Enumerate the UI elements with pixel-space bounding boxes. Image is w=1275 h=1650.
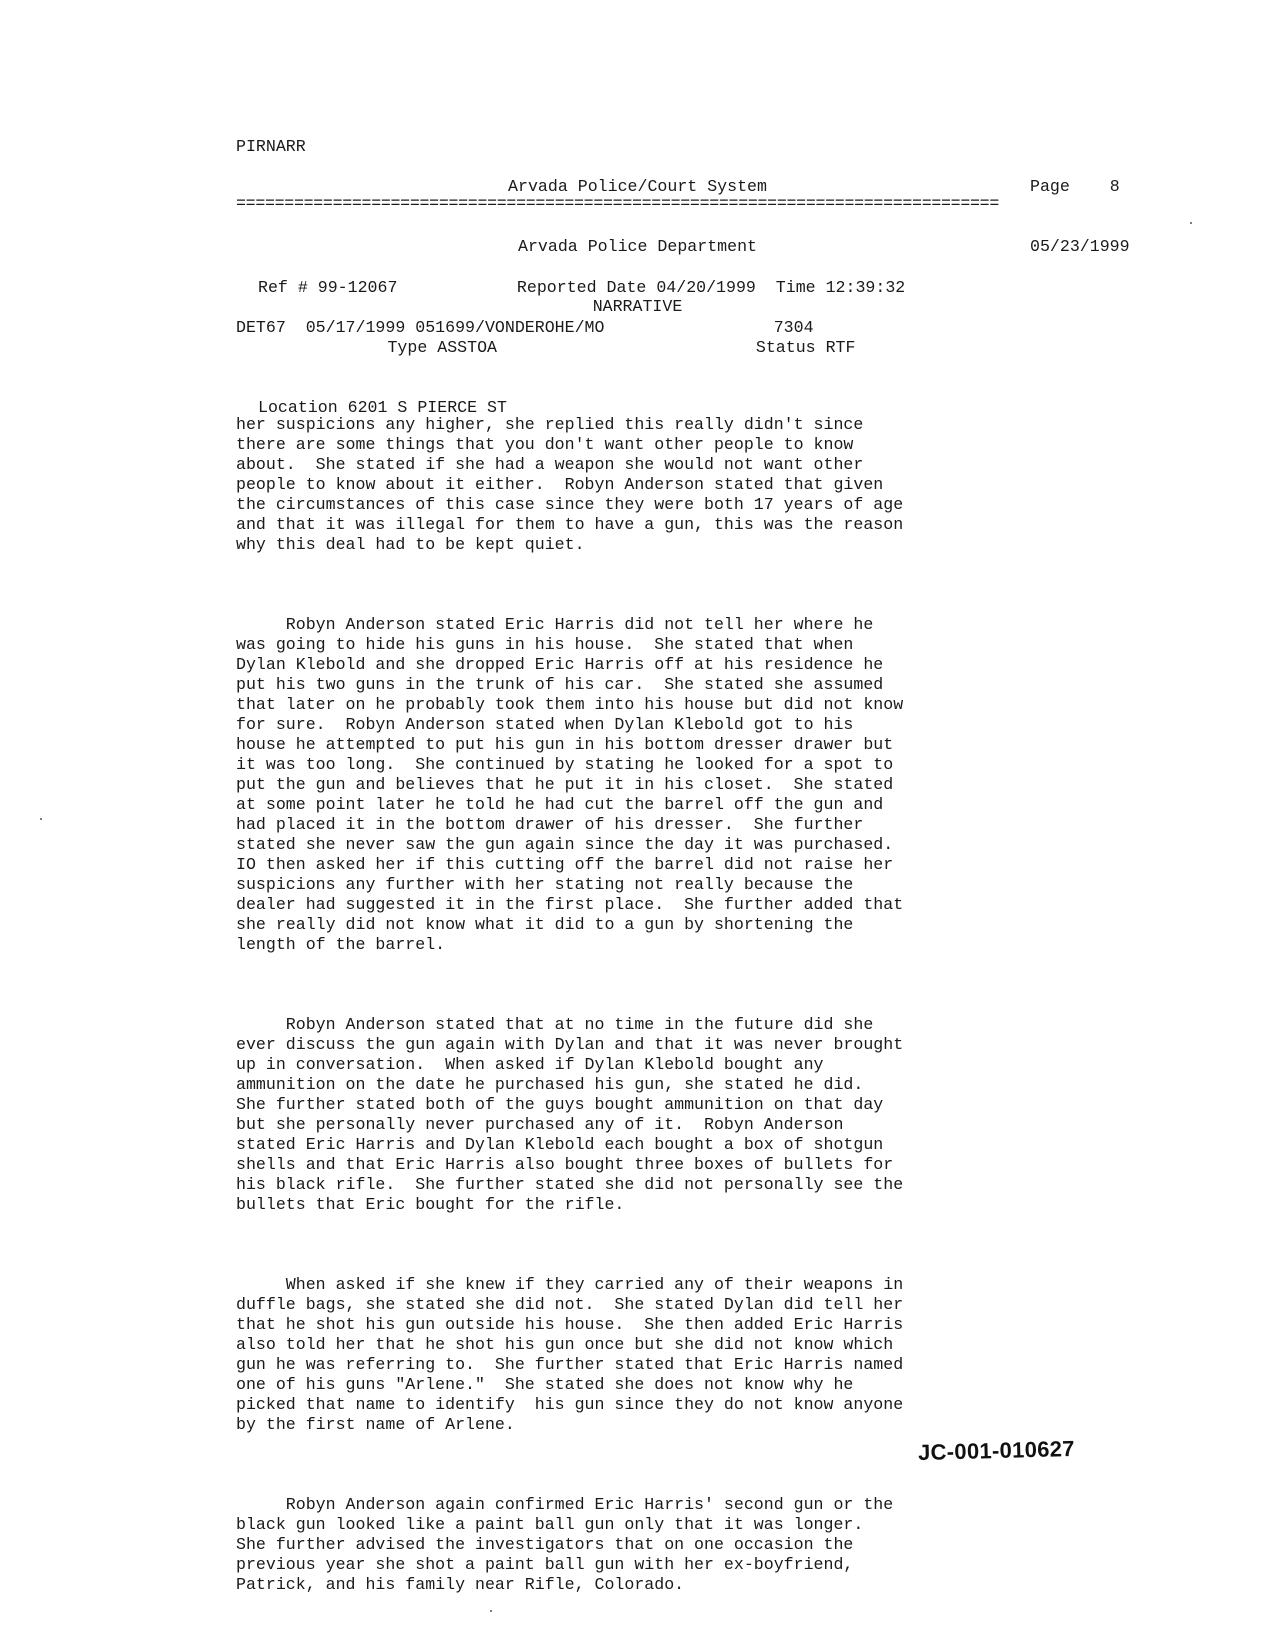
narrative-paragraph: Robyn Anderson again confirmed Eric Harr… [236,1495,1016,1595]
print-date: 05/23/1999 [1030,237,1130,257]
narrative-paragraph: her suspicions any higher, she replied t… [236,415,1016,555]
type-status-line: Type ASSTOA Status RTF [258,338,905,358]
scan-speck [40,818,42,820]
bates-stamp: JC-001-010627 [918,1436,1075,1466]
header-divider: ========================================… [236,194,1148,214]
narrative-paragraph: When asked if she knew if they carried a… [236,1275,1016,1435]
narrative-body: her suspicions any higher, she replied t… [236,375,1016,1635]
narrative-paragraph: Robyn Anderson stated Eric Harris did no… [236,615,1016,955]
scan-speck [1190,222,1192,224]
scan-speck [490,1610,492,1612]
narrative-paragraph: Robyn Anderson stated that at no time in… [236,1015,1016,1215]
entry-line: DET67 05/17/1999 051699/VONDEROHE/MO 730… [236,318,814,338]
ref-line: Ref # 99-12067 Reported Date 04/20/1999 … [258,278,905,298]
